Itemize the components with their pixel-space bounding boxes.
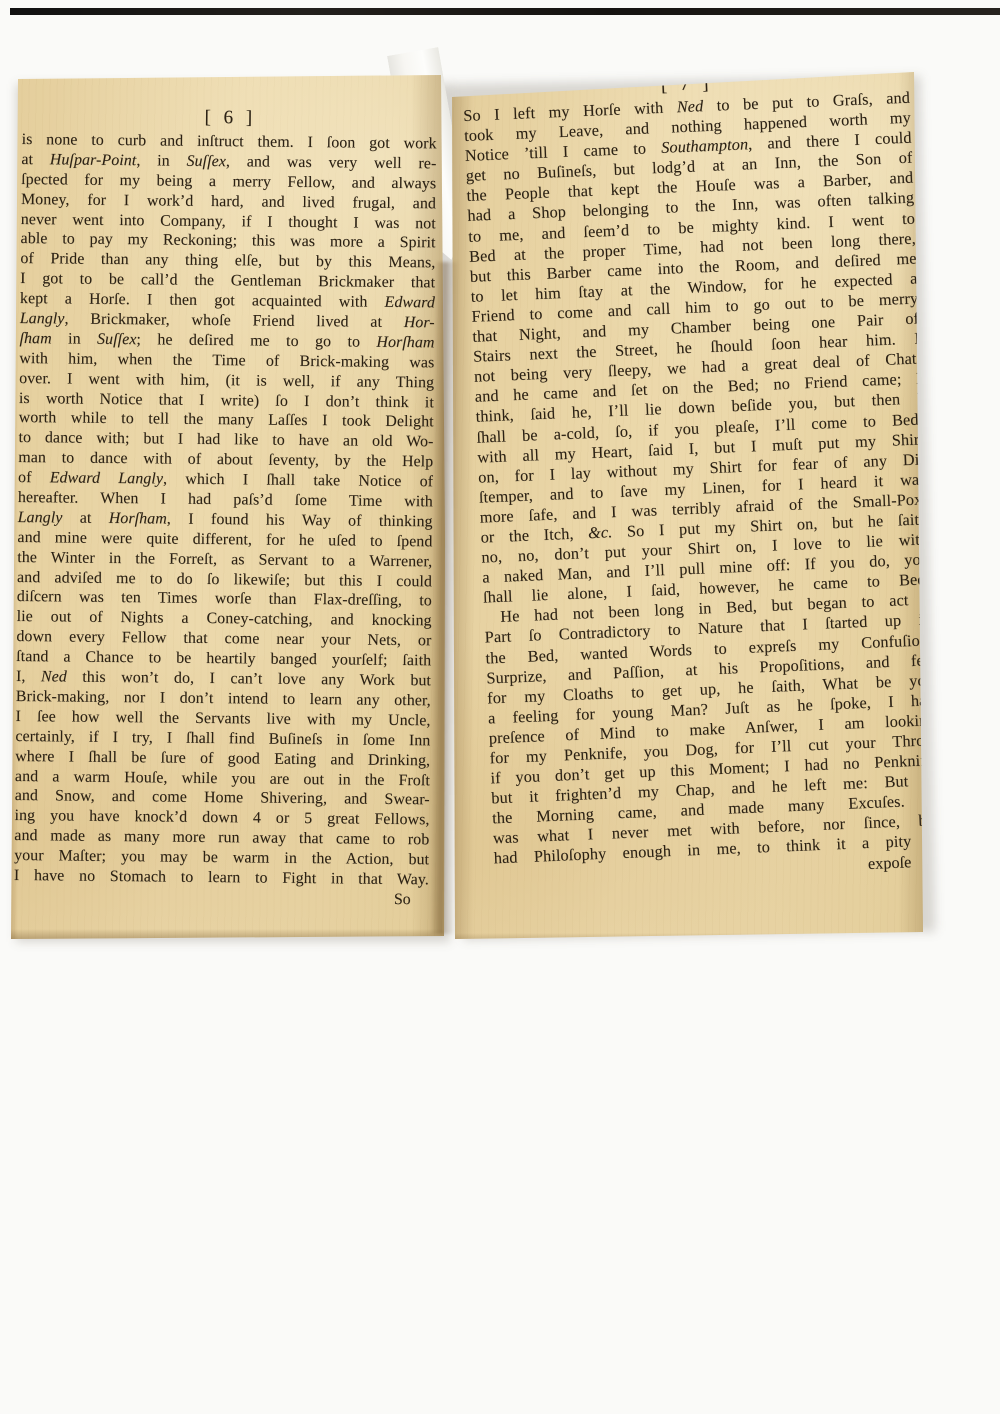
page-text-block: [ 7 ] So I left my Horſe with Ned to be … (462, 66, 942, 889)
right-page: [ 7 ] So I left my Horſe with Ned to be … (440, 64, 932, 954)
page-lines: So I left my Horſe with Ned to be put to… (463, 88, 941, 869)
book-scan: [ 6 ] is none to curb and inſtruct them.… (0, 0, 1000, 1414)
page-lines: is none to curb and inſtruct them. I ſoo… (14, 130, 437, 890)
left-page: [ 6 ] is none to curb and inſtruct them.… (8, 70, 448, 942)
gutter-shadow (430, 262, 461, 934)
page-edge-shade (440, 933, 932, 946)
page-text-block: [ 6 ] is none to curb and inſtruct them.… (14, 104, 437, 910)
scanner-edge-bar (10, 8, 1000, 15)
